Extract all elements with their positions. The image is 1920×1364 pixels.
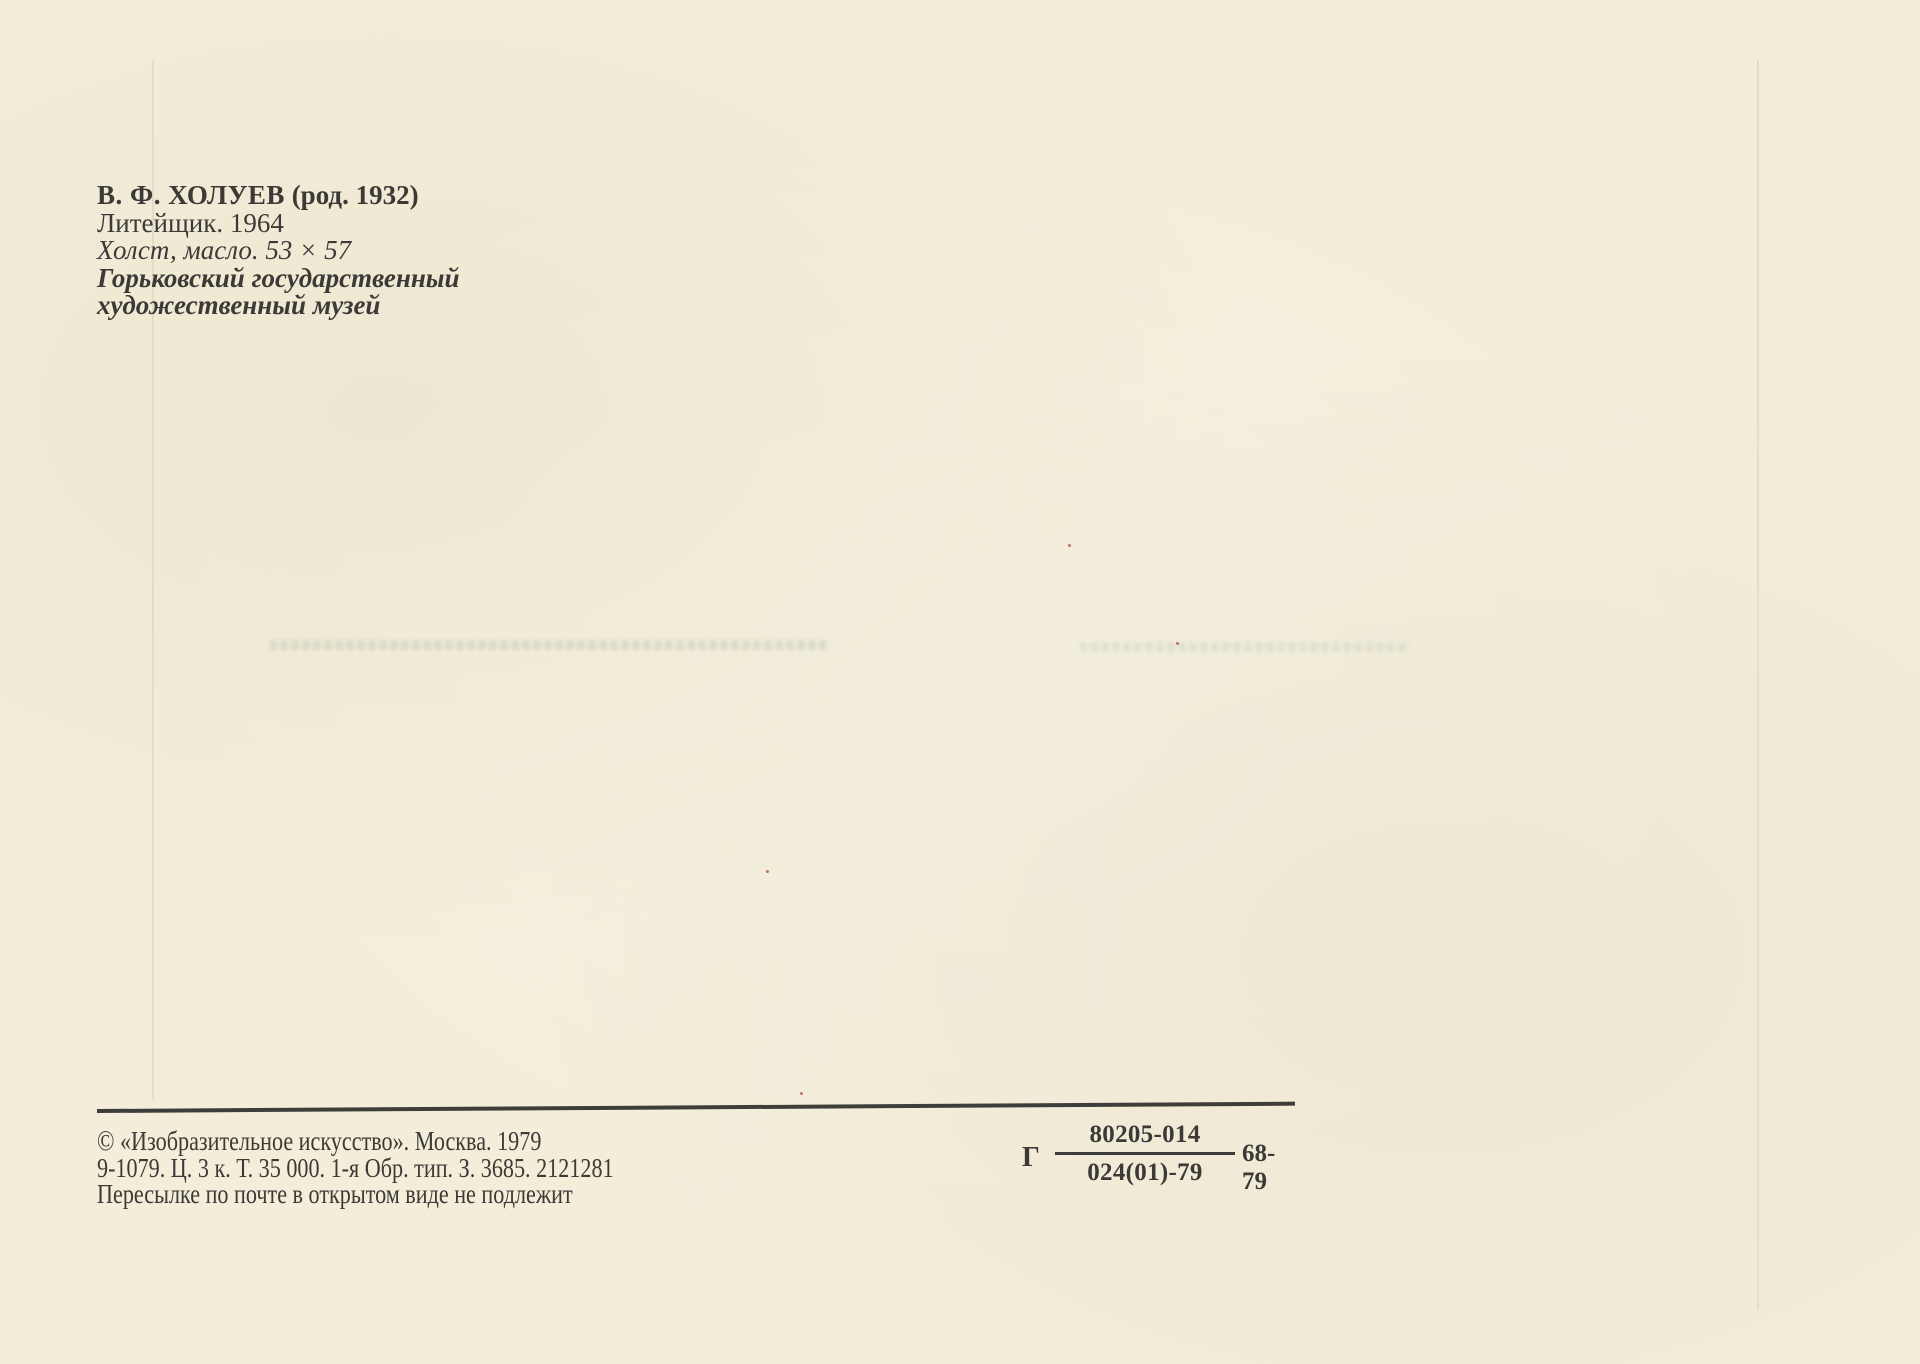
ghost-fold-line-right <box>1757 60 1759 1310</box>
author-name: В. Ф. ХОЛУЕВ <box>97 180 285 210</box>
divider-rule <box>97 1102 1295 1113</box>
ghost-print-bleed-right <box>1080 642 1410 652</box>
artwork-medium-size: Холст, масло. 53 × 57 <box>97 237 460 265</box>
imprint-line-3: Пересылке по почте в открытом виде не по… <box>97 1181 614 1207</box>
publisher-imprint: © «Изобразительное искусство». Москва. 1… <box>97 1128 727 1207</box>
publisher-text: «Изобразительное искусство». Москва. 197… <box>120 1126 541 1156</box>
paper-speck <box>766 870 769 873</box>
catalog-numerator: 80205-014 <box>1055 1120 1235 1150</box>
museum-line-2: художественный музей <box>97 292 460 320</box>
catalog-prefix: Г <box>1022 1142 1040 1174</box>
copyright-icon: © <box>97 1129 114 1155</box>
paper-speck <box>800 1092 803 1095</box>
artwork-caption: В. Ф. ХОЛУЕВ (род. 1932) Литейщик. 1964 … <box>97 182 460 320</box>
ghost-print-bleed-left <box>270 640 830 650</box>
paper-speck <box>1176 642 1179 645</box>
catalog-suffix: 68-79 <box>1242 1140 1275 1196</box>
author-years: (род. 1932) <box>292 180 419 210</box>
fraction-bar <box>1055 1152 1235 1155</box>
catalog-denominator: 024(01)-79 <box>1055 1158 1235 1188</box>
imprint-line-2: 9-1079. Ц. 3 к. Т. 35 000. 1-я Обр. тип.… <box>97 1155 614 1181</box>
catalog-fraction: 80205-014 024(01)-79 <box>1055 1120 1235 1188</box>
museum-line-1: Горьковский государственный <box>97 265 460 293</box>
imprint-line-1: © «Изобразительное искусство». Москва. 1… <box>97 1128 614 1155</box>
artwork-title-year: Литейщик. 1964 <box>97 210 460 238</box>
paper-speck <box>1068 544 1071 547</box>
author-line: В. Ф. ХОЛУЕВ (род. 1932) <box>97 182 460 210</box>
